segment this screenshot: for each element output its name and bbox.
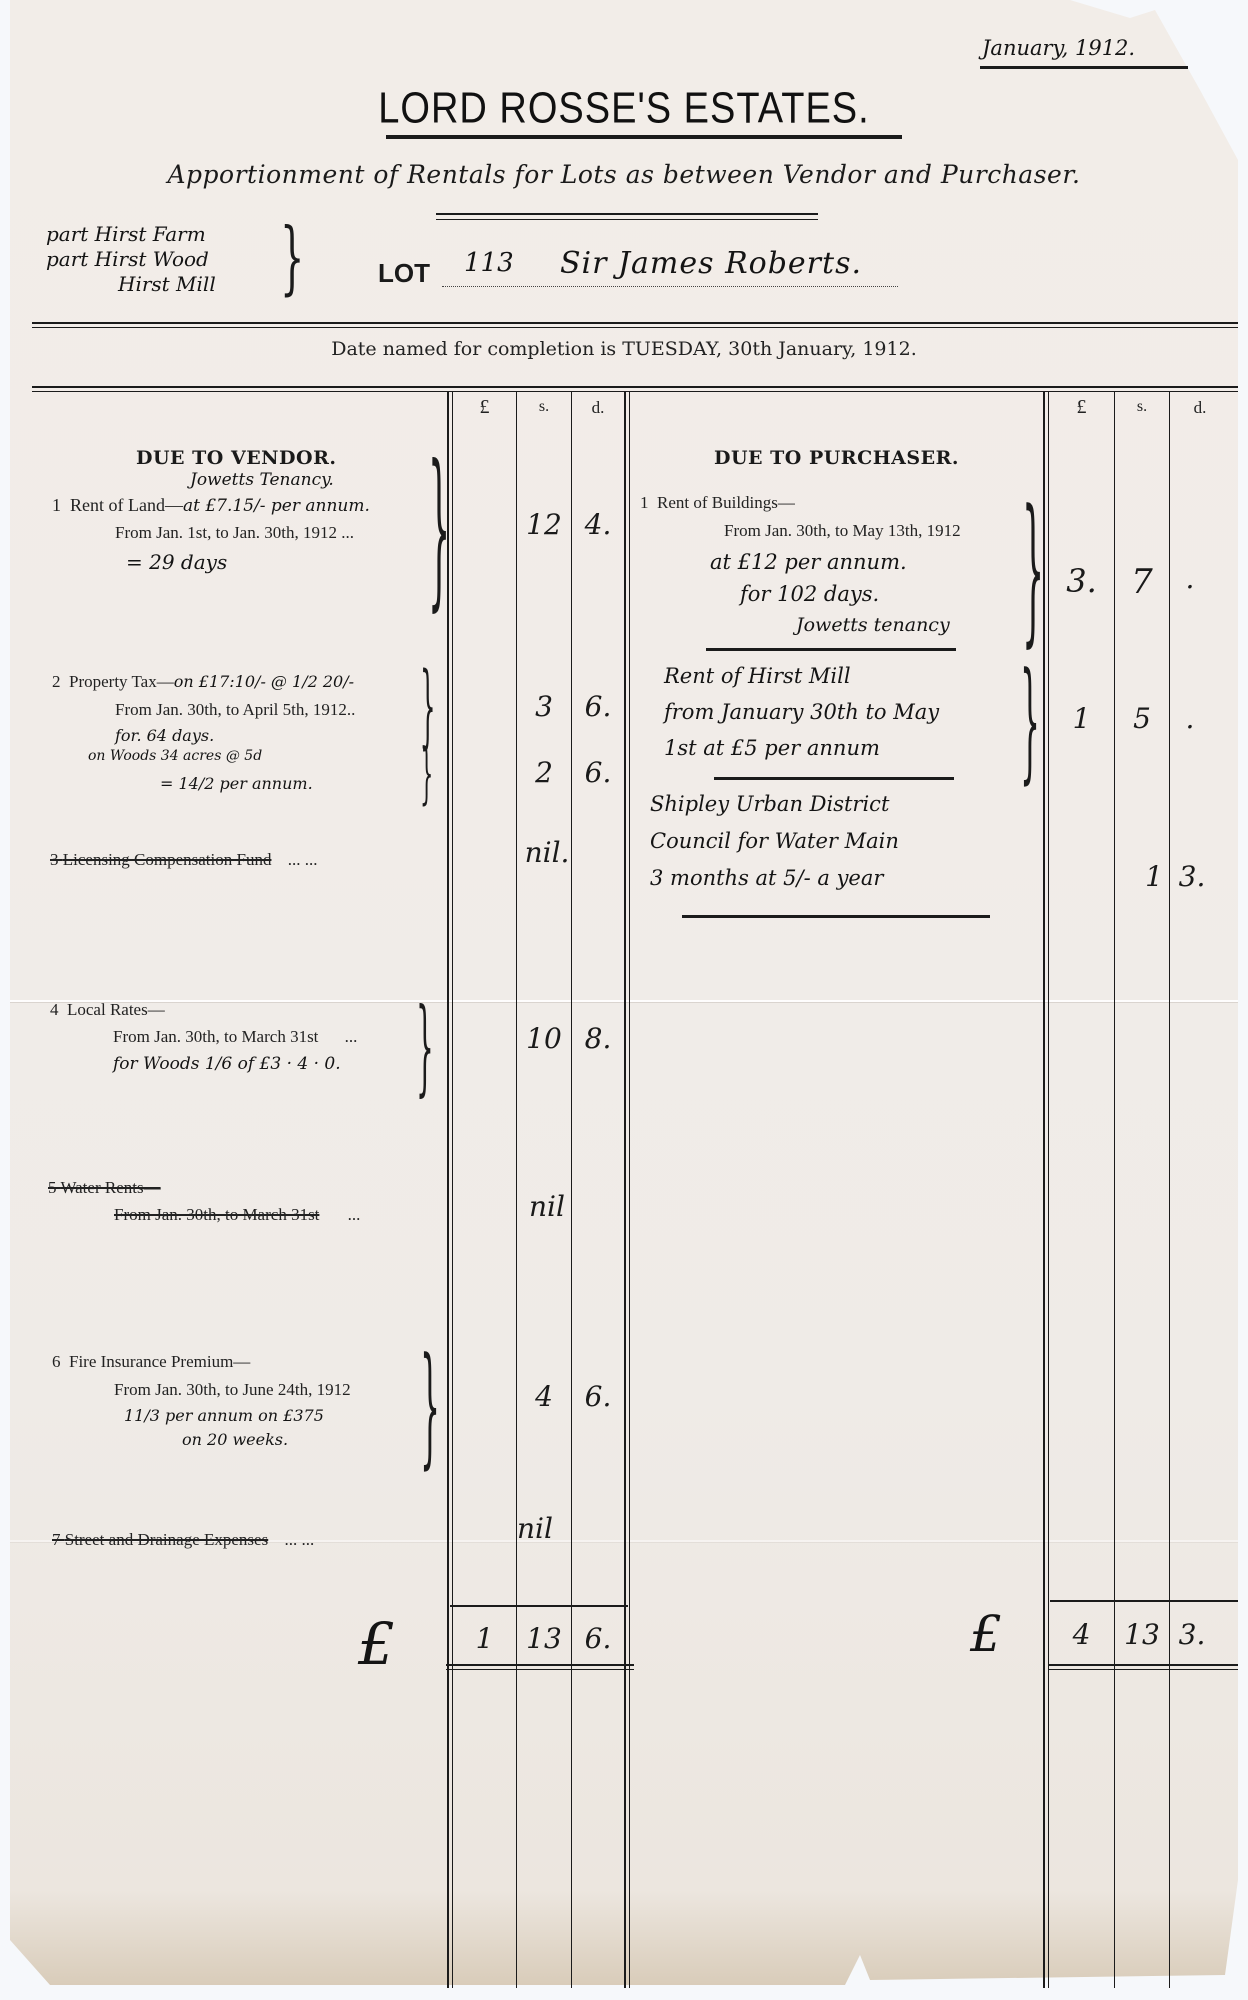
item-line: 1st at £5 per annum — [664, 730, 939, 766]
item-note: on £17:10/- @ 1/2 20/- — [174, 672, 354, 691]
amount-nil: nil — [517, 1190, 577, 1223]
purchaser-heading: DUE TO PURCHASER. — [714, 447, 959, 469]
subtitle-rule-bottom — [436, 219, 818, 220]
item-number: 7 — [52, 1530, 61, 1549]
item-period-text: From Jan. 30th, to March 31st — [114, 1205, 319, 1224]
total-top-rule — [1050, 1600, 1238, 1602]
item-period: From Jan. 30th, to March 31st ... — [114, 1205, 360, 1225]
vendor-item-fire-insurance: 6 Fire Insurance Premium— — [52, 1352, 250, 1372]
item-line: 3 months at 5/- a year — [650, 860, 899, 897]
header-rule — [32, 322, 1238, 324]
amount-pence: 4. — [572, 508, 624, 541]
item-period: From Jan. 30th, to April 5th, 1912.. — [115, 700, 355, 720]
item-note: for Woods 1/6 of £3 · 4 · 0. — [113, 1054, 341, 1074]
brace-icon: } — [1022, 475, 1044, 662]
table-top-rule — [32, 386, 1238, 388]
vendor-item-rent-of-land: 1 Rent of Land—at £7.15/- per annum. — [52, 495, 370, 516]
item-note: for 102 days. — [740, 582, 879, 606]
item-leader-dots: ... — [348, 1205, 361, 1224]
total-shillings: 13 — [1115, 1618, 1169, 1651]
handwritten-rule — [682, 915, 990, 918]
column-header-pence: d. — [572, 398, 624, 418]
property-line: Hirst Mill — [46, 272, 216, 297]
item-label: Fire Insurance Premium— — [69, 1352, 250, 1371]
item-number: 4 — [50, 1000, 59, 1019]
item-number: 6 — [52, 1352, 61, 1371]
amount-shillings: 4 — [517, 1380, 571, 1413]
total-bottom-rule — [446, 1664, 634, 1666]
item-note: Jowetts tenancy — [796, 614, 950, 636]
amount-pence: 3. — [1170, 860, 1214, 893]
item-line: Rent of Hirst Mill — [664, 658, 939, 694]
item-number: 1 — [52, 495, 61, 515]
amount-shillings: 1 — [1115, 860, 1169, 893]
total-pound-symbol: £ — [970, 1605, 1002, 1663]
handwritten-rule — [706, 648, 956, 651]
item-note: at £12 per annum. — [710, 550, 907, 574]
total-pounds: 4 — [1049, 1618, 1114, 1651]
lot-label: LOT — [378, 258, 430, 289]
item-number: 3 — [50, 850, 59, 869]
column-divider — [452, 392, 453, 1988]
item-label: Local Rates— — [67, 1000, 165, 1019]
amount-shillings: 2 — [517, 756, 571, 789]
item-number: 2 — [52, 672, 61, 691]
amount-nil: nil. — [517, 836, 577, 869]
lot-purchaser-name: Sir James Roberts. — [560, 246, 862, 281]
amount-shillings: 5 — [1115, 702, 1169, 735]
subtitle-rule-top — [436, 213, 818, 215]
brace-icon: } — [1020, 645, 1040, 797]
column-divider — [1114, 392, 1115, 1988]
table-top-rule — [32, 391, 1238, 392]
column-header-shillings: s. — [517, 398, 571, 416]
item-note: 11/3 per annum on £375 — [124, 1406, 324, 1425]
item-note: at £7.15/- per annum. — [183, 496, 370, 516]
amount-pounds: 1 — [1049, 702, 1114, 735]
purchaser-item-rent-buildings: 1 Rent of Buildings— — [640, 493, 795, 513]
total-pence: 3. — [1170, 1618, 1214, 1651]
total-pound-symbol: £ — [358, 1610, 395, 1678]
item-leader-dots: ... ... — [288, 850, 318, 869]
vendor-item-water-rents: 5 Water Rents— — [48, 1178, 161, 1198]
estate-title: LORD ROSSE'S ESTATES. — [378, 85, 869, 134]
purchaser-item-water-main: Shipley Urban District Council for Water… — [650, 786, 899, 897]
column-divider — [1169, 392, 1170, 1988]
item-label: Rent of Land— — [70, 495, 183, 515]
item-period: From Jan. 30th, to March 31st ... — [113, 1027, 357, 1047]
item-leader-dots: ... — [345, 1027, 358, 1046]
total-bottom-rule — [1048, 1664, 1238, 1666]
vendor-heading: DUE TO VENDOR. — [136, 447, 336, 469]
purchaser-item-hirst-mill: Rent of Hirst Mill from January 30th to … — [664, 658, 939, 766]
item-label: Water Rents— — [60, 1178, 160, 1197]
amount-pence: . — [1170, 562, 1210, 595]
total-pounds: 1 — [453, 1622, 516, 1655]
column-header-pounds: £ — [453, 396, 516, 419]
item-label: Rent of Buildings— — [657, 493, 795, 512]
column-divider — [624, 392, 626, 1988]
amount-shillings: 7 — [1115, 562, 1169, 602]
total-pence: 6. — [572, 1622, 624, 1655]
total-top-rule — [450, 1605, 628, 1607]
column-header-shillings: s. — [1115, 398, 1169, 416]
title-underline — [386, 135, 902, 139]
column-divider — [1048, 392, 1049, 1988]
item-period-text: From Jan. 30th, to March 31st — [113, 1027, 318, 1046]
lot-number: 113 — [464, 248, 514, 278]
item-line: Shipley Urban District — [650, 786, 899, 823]
column-divider — [447, 392, 449, 1988]
item-leader-dots: ... ... — [284, 1530, 314, 1549]
property-line: part Hirst Farm — [46, 222, 216, 247]
amount-shillings: 3 — [517, 690, 571, 723]
amount-pence: . — [1170, 702, 1210, 735]
item-note: for. 64 days. — [115, 726, 214, 745]
total-bottom-rule — [1048, 1669, 1238, 1670]
item-period: From Jan. 30th, to May 13th, 1912 — [724, 521, 961, 541]
amount-shillings: 12 — [517, 508, 571, 541]
column-header-pence: d. — [1170, 398, 1230, 418]
vendor-item-property-tax: 2 Property Tax—on £17:10/- @ 1/2 20/- — [52, 672, 354, 692]
amount-shillings: 10 — [517, 1022, 571, 1055]
amount-pence: 8. — [572, 1022, 624, 1055]
total-shillings: 13 — [517, 1622, 571, 1655]
amount-pence: 6. — [572, 1380, 624, 1413]
item-line: from January 30th to May — [664, 694, 939, 730]
document-subtitle: Apportionment of Rentals for Lots as bet… — [0, 160, 1248, 189]
total-bottom-rule — [446, 1669, 634, 1670]
amount-pounds: 3. — [1049, 562, 1114, 600]
lot-dotted-line — [442, 286, 898, 287]
item-note: on 20 weeks. — [182, 1430, 288, 1449]
item-period: From Jan. 30th, to June 24th, 1912 — [114, 1380, 351, 1400]
item-number: 5 — [48, 1178, 57, 1197]
item-note: = 29 days — [126, 550, 227, 574]
column-header-pounds: £ — [1049, 396, 1114, 419]
item-label: Property Tax— — [69, 672, 174, 691]
property-description: part Hirst Farm part Hirst Wood Hirst Mi… — [46, 222, 216, 297]
vendor-item-local-rates: 4 Local Rates— — [50, 1000, 165, 1020]
vendor-item-licensing: 3 Licensing Compensation Fund ... ... — [50, 850, 317, 870]
brace-icon: } — [280, 212, 304, 305]
vendor-item-note: Jowetts Tenancy. — [190, 470, 334, 490]
amount-nil: nil — [500, 1512, 570, 1545]
header-rule — [32, 327, 1238, 328]
completion-date: Date named for completion is TUESDAY, 30… — [0, 338, 1248, 360]
item-label: Street and Drainage Expenses — [65, 1530, 268, 1549]
item-number: 1 — [640, 493, 649, 512]
amount-pence: 6. — [572, 756, 624, 789]
item-sub-note: on Woods 34 acres @ 5d — [88, 748, 262, 764]
brace-icon: } — [420, 735, 433, 812]
column-divider — [629, 392, 630, 1988]
date-underline — [980, 66, 1188, 69]
handwritten-rule — [714, 777, 954, 780]
item-period: From Jan. 1st, to Jan. 30th, 1912 ... — [115, 523, 354, 543]
document-date: January, 1912. — [982, 36, 1135, 60]
item-line: Council for Water Main — [650, 823, 899, 860]
item-label: Licensing Compensation Fund — [63, 850, 272, 869]
brace-icon: } — [416, 986, 434, 1107]
property-line: part Hirst Wood — [46, 247, 216, 272]
amount-pence: 6. — [572, 690, 624, 723]
item-sub-note: = 14/2 per annum. — [160, 774, 313, 793]
vendor-item-street-drainage: 7 Street and Drainage Expenses ... ... — [52, 1530, 314, 1550]
brace-icon: } — [428, 428, 450, 627]
brace-icon: } — [420, 1330, 440, 1482]
